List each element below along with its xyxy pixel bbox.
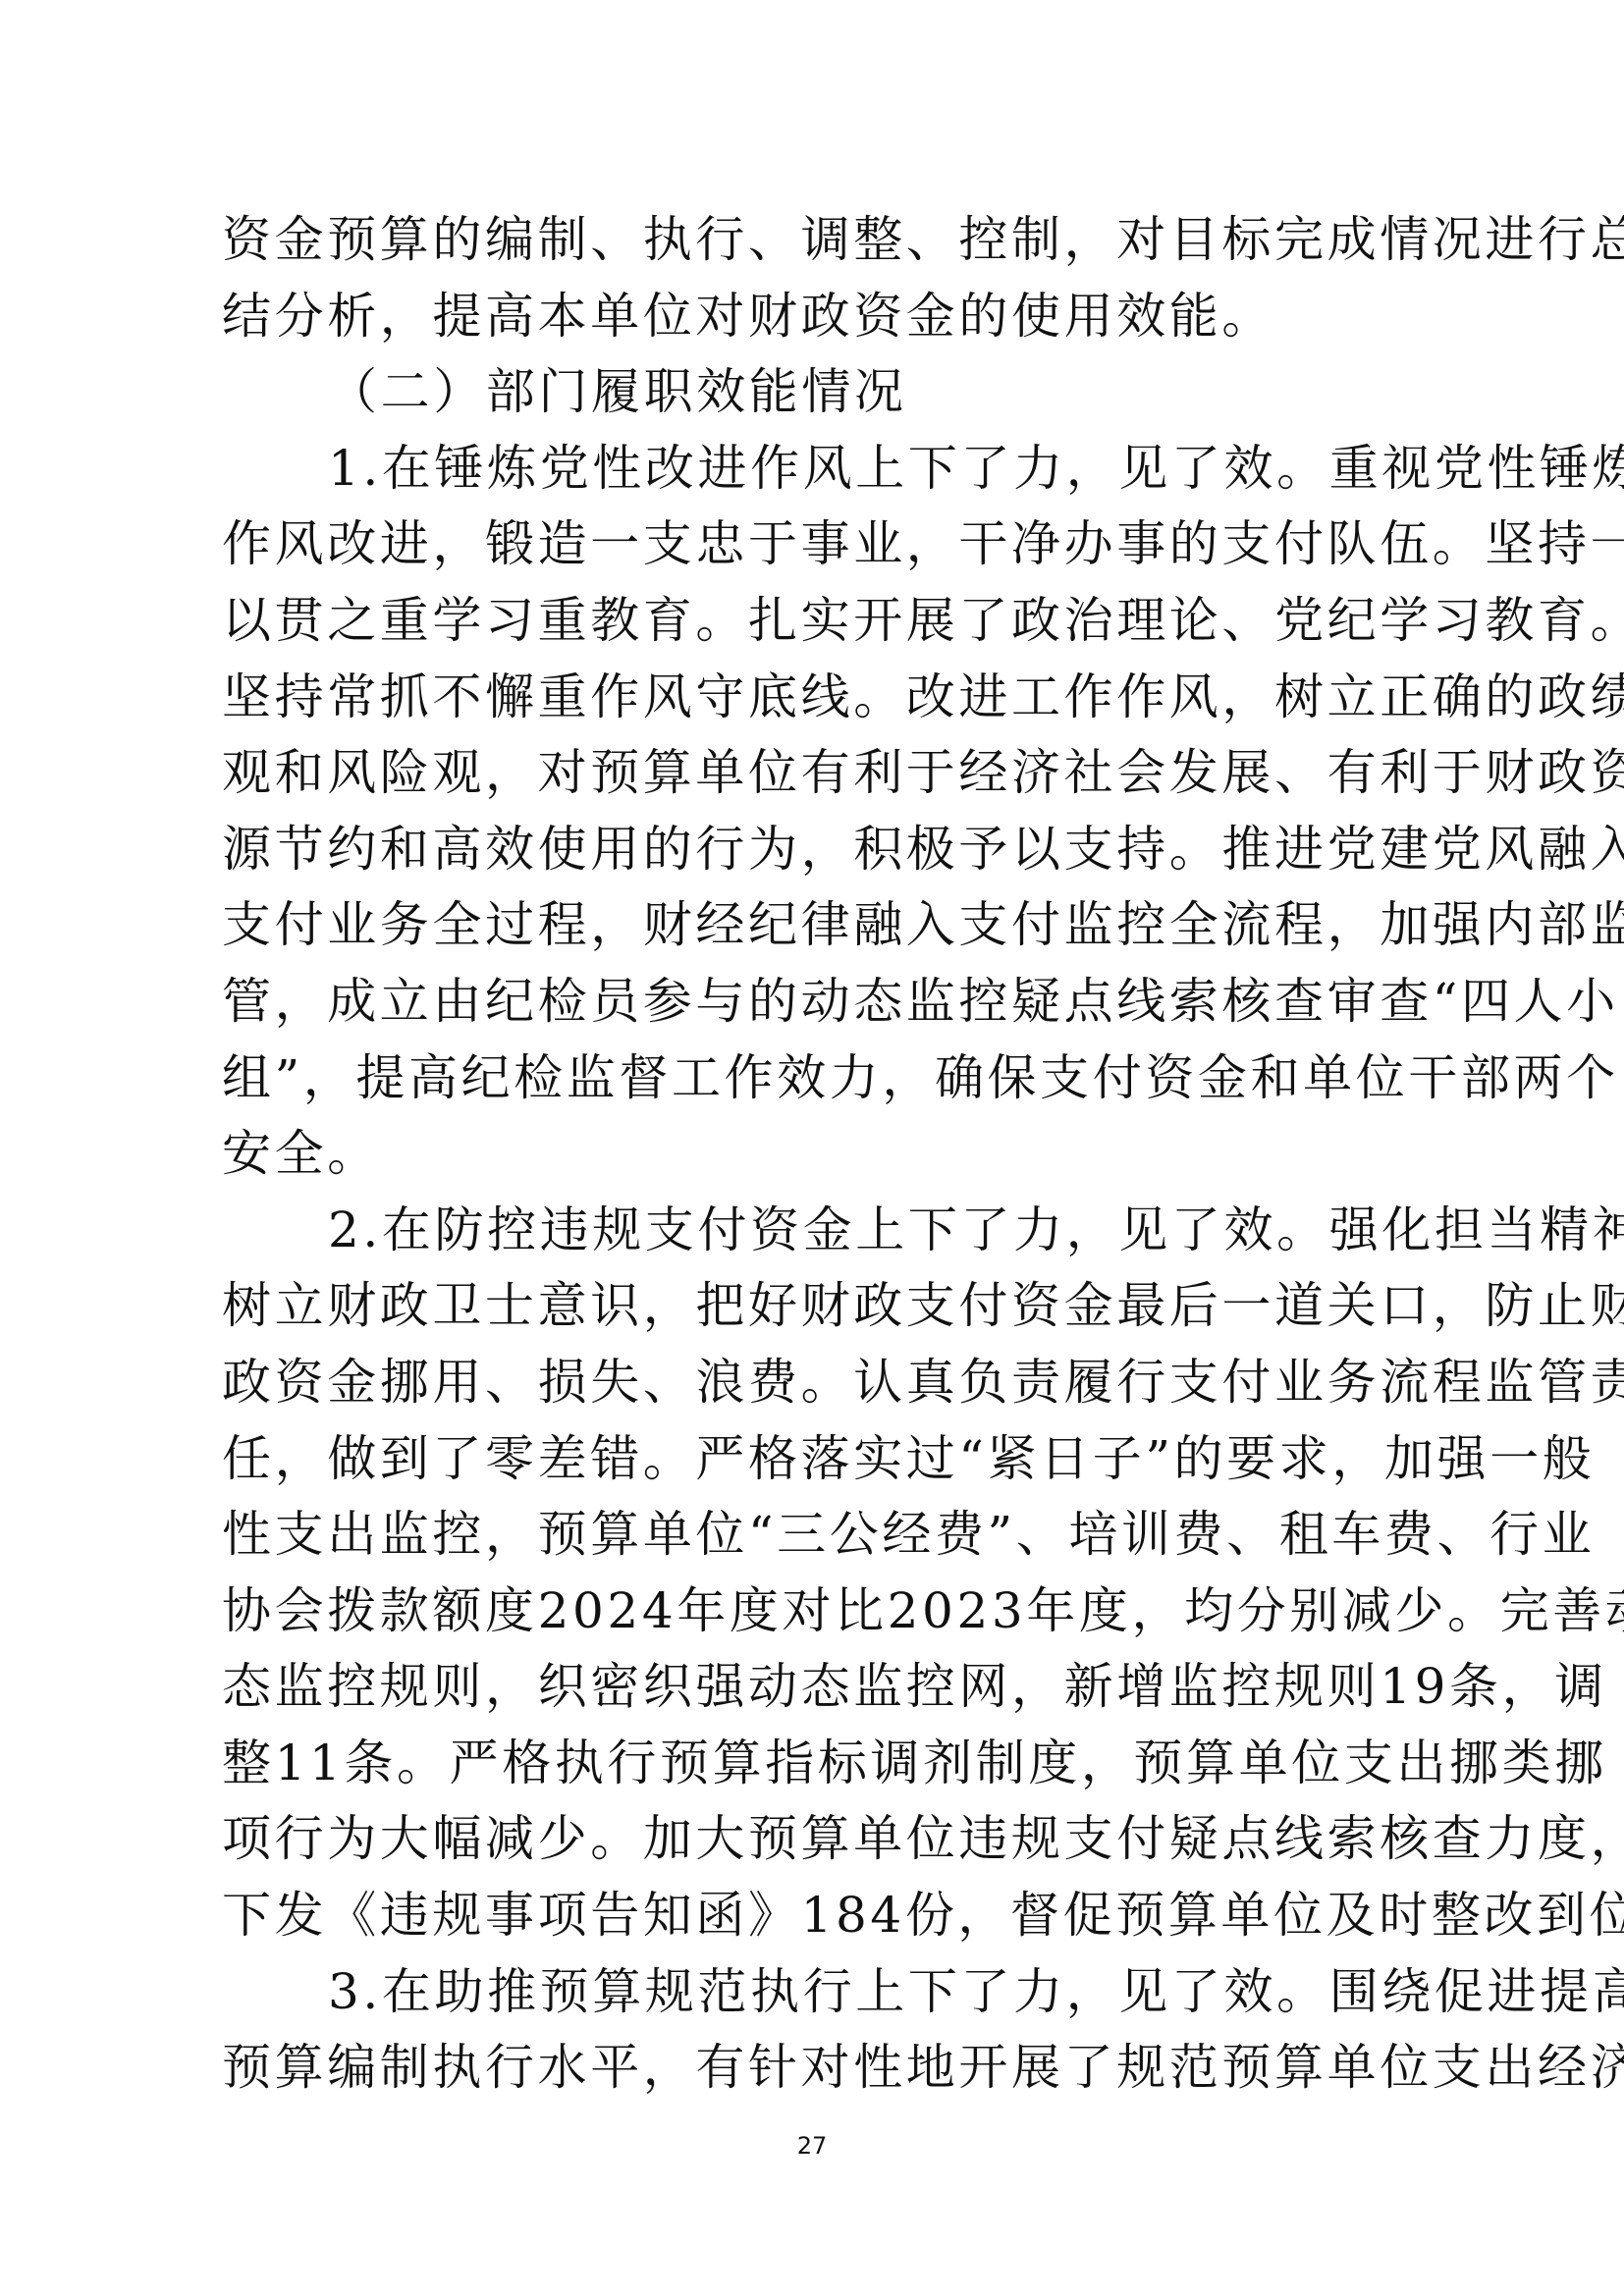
paragraph-line: 3.在助推预算规范执行上下了力，见了效。围绕促进提高 [222,1954,1390,2031]
page-number: 27 [0,2130,1624,2162]
paragraph-line: 源节约和高效使用的行为，积极予以支持。推进党建党风融入 [222,812,1390,888]
paragraph-line: 作风改进，锻造一支忠于事业，干净办事的支付队伍。坚持一 [222,507,1390,583]
paragraph-line: 预算编制执行水平，有针对性地开展了规范预算单位支出经济 [222,2030,1390,2107]
paragraph-line: 树立财政卫士意识，把好财政支付资金最后一道关口，防止财 [222,1268,1390,1345]
paragraph-line: 协会拨款额度2024年度对比2023年度，均分别减少。完善动 [222,1574,1390,1650]
paragraph-line: 1.在锤炼党性改进作风上下了力，见了效。重视党性锤炼， [222,431,1390,507]
paragraph-line: 任，做到了零差错。严格落实过“紧日子”的要求，加强一般 [222,1421,1390,1498]
document-body: 资金预算的编制、执行、调整、控制，对目标完成情况进行总 结分析，提高本单位对财政… [222,202,1390,2107]
paragraph-line: 组”，提高纪检监督工作效力，确保支付资金和单位干部两个 [222,1041,1390,1117]
paragraph-line: 观和风险观，对预算单位有利于经济社会发展、有利于财政资 [222,735,1390,812]
document-page: 资金预算的编制、执行、调整、控制，对目标完成情况进行总 结分析，提高本单位对财政… [0,0,1624,2296]
paragraph-line: 管，成立由纪检员参与的动态监控疑点线索核查审查“四人小 [222,964,1390,1041]
section-heading: （二）部门履职效能情况 [222,354,1390,431]
paragraph-line: 安全。 [222,1116,1390,1193]
paragraph-line: 资金预算的编制、执行、调整、控制，对目标完成情况进行总 [222,202,1390,279]
paragraph-line: 以贯之重学习重教育。扎实开展了政治理论、党纪学习教育。 [222,583,1390,660]
paragraph-line: 2.在防控违规支付资金上下了力，见了效。强化担当精神， [222,1193,1390,1269]
paragraph-line: 政资金挪用、损失、浪费。认真负责履行支付业务流程监管责 [222,1345,1390,1421]
paragraph-line: 性支出监控，预算单位“三公经费”、培训费、租车费、行业 [222,1497,1390,1574]
paragraph-line: 坚持常抓不懈重作风守底线。改进工作作风，树立正确的政绩 [222,660,1390,736]
paragraph-line: 支付业务全过程，财经纪律融入支付监控全流程，加强内部监 [222,887,1390,964]
paragraph-line: 结分析，提高本单位对财政资金的使用效能。 [222,279,1390,355]
paragraph-line: 项行为大幅减少。加大预算单位违规支付疑点线索核查力度， [222,1801,1390,1878]
paragraph-line: 整11条。严格执行预算指标调剂制度，预算单位支出挪类挪 [222,1726,1390,1802]
paragraph-line: 下发《违规事项告知函》184份，督促预算单位及时整改到位。 [222,1878,1390,1954]
paragraph-line: 态监控规则，织密织强动态监控网，新增监控规则19条，调 [222,1649,1390,1726]
